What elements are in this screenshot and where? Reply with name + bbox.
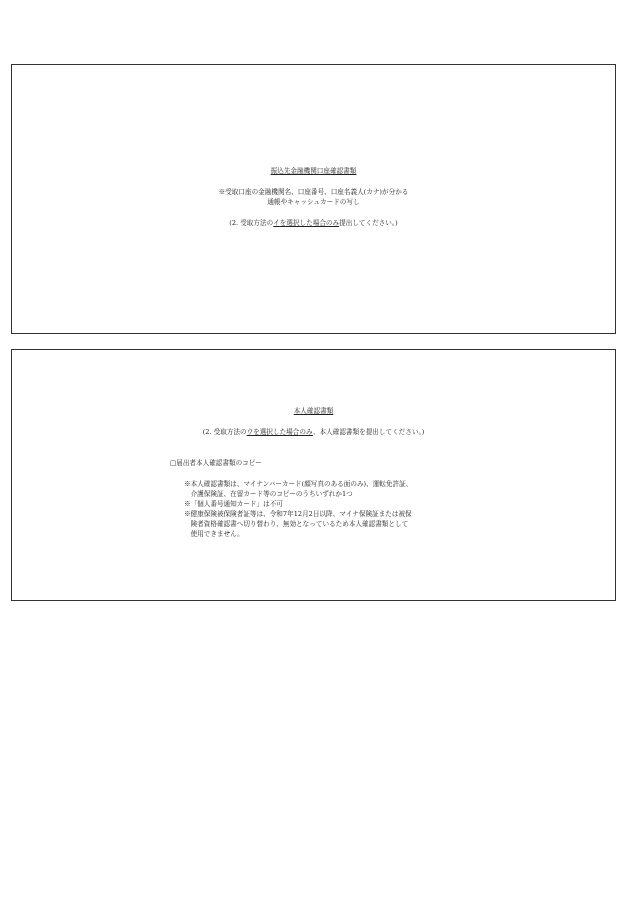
checkbox-item[interactable]: □届出者本人確認書類のコピー (170, 459, 262, 469)
note-line: 使用できません。 (184, 530, 244, 540)
note-line: ※「個人番号通知カード」は不可 (184, 500, 283, 510)
note-line: 通帳やキャッシュカードの写し (12, 198, 615, 208)
condition-emphasis: イを選択した場合のみ (273, 219, 339, 227)
section-title: 振込先金融機関口座確認書類 (12, 167, 615, 177)
section-title: 本人確認書類 (12, 407, 615, 417)
submission-condition: (2. 受取方法のイを選択した場合のみ提出してください。) (12, 219, 615, 229)
condition-text: 、本人確認書類を提出してください。) (313, 428, 424, 436)
note-line: ※受取口座の金融機関名、口座番号、口座名義人(カナ)が分かる (12, 188, 615, 198)
condition-emphasis: ウを選択した場合のみ (247, 428, 313, 436)
identity-document-section: 本人確認書類 (2. 受取方法のウを選択した場合のみ、本人確認書類を提出してくだ… (11, 349, 616, 601)
condition-text: 提出してください。) (339, 219, 398, 227)
submission-condition: (2. 受取方法のウを選択した場合のみ、本人確認書類を提出してください。) (12, 428, 615, 438)
note-line: ※本人確認書類は、マイナンバーカード(顔写真のある面のみ)、運転免許証、 (184, 480, 412, 490)
condition-text: (2. 受取方法の (229, 219, 273, 227)
note-line: 険者資格確認書へ切り替わり、無効となっているため本人確認書類として (184, 520, 408, 530)
note-line: ※健康保険被保険者証等は、令和7年12月2日以降、マイナ保険証または被保 (184, 510, 412, 520)
note-line: 介護保険証、在留カード等のコピーのうちいずれか1つ (184, 490, 353, 500)
condition-text: (2. 受取方法の (203, 428, 247, 436)
bank-account-document-section: 振込先金融機関口座確認書類 ※受取口座の金融機関名、口座番号、口座名義人(カナ)… (11, 64, 616, 334)
